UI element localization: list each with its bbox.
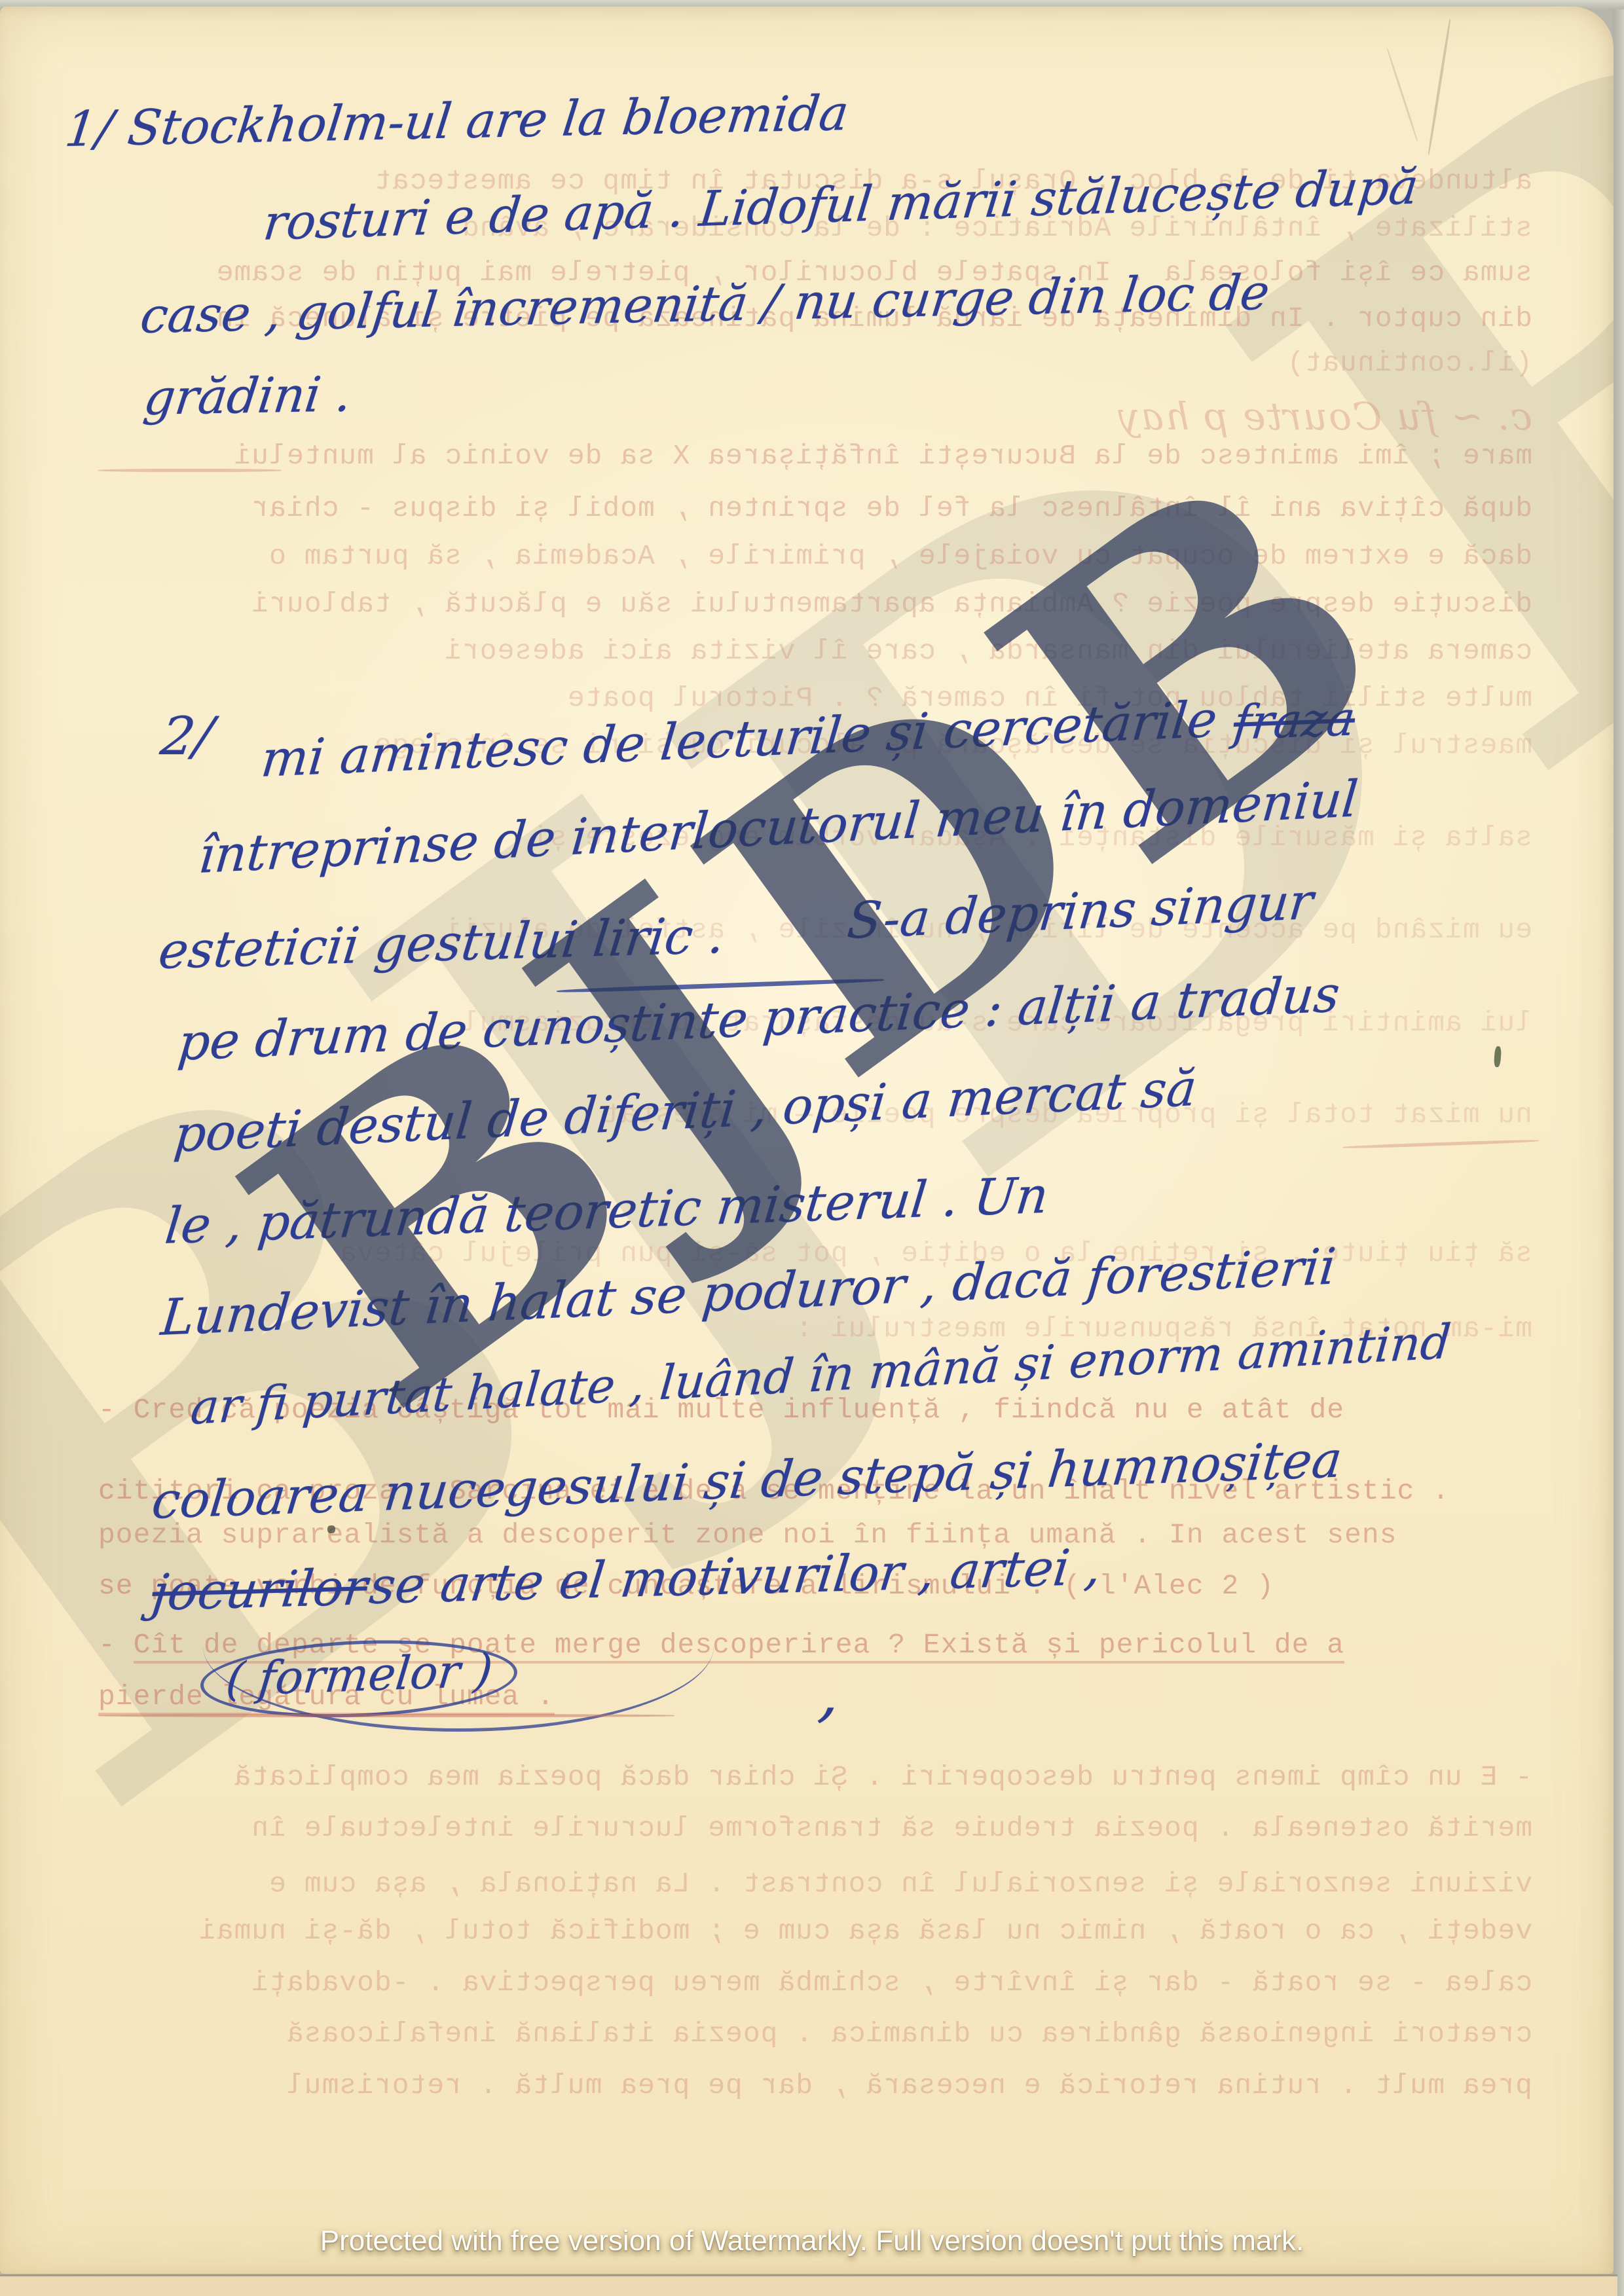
corner-crease [1428,19,1452,155]
red-dash [98,469,282,472]
scanned-page: BJDB altundeva-ți de la bloc . Orașul s-… [0,0,1624,2296]
pen-stroke [557,977,884,993]
artifact-layer [0,7,1614,2274]
red-underline [98,1714,674,1717]
underlying-sheet-edge [0,2274,1617,2296]
corner-crease-2 [1386,48,1418,142]
ink-flourish-curve [203,1637,714,1732]
ink-speck [327,1525,335,1533]
green-speck [1494,1046,1502,1068]
red-underline-right [1342,1139,1539,1149]
paper-sheet: BJDB altundeva-ți de la bloc . Orașul s-… [0,7,1614,2274]
watermarkly-notice: Protected with free version of Watermark… [0,2225,1624,2257]
